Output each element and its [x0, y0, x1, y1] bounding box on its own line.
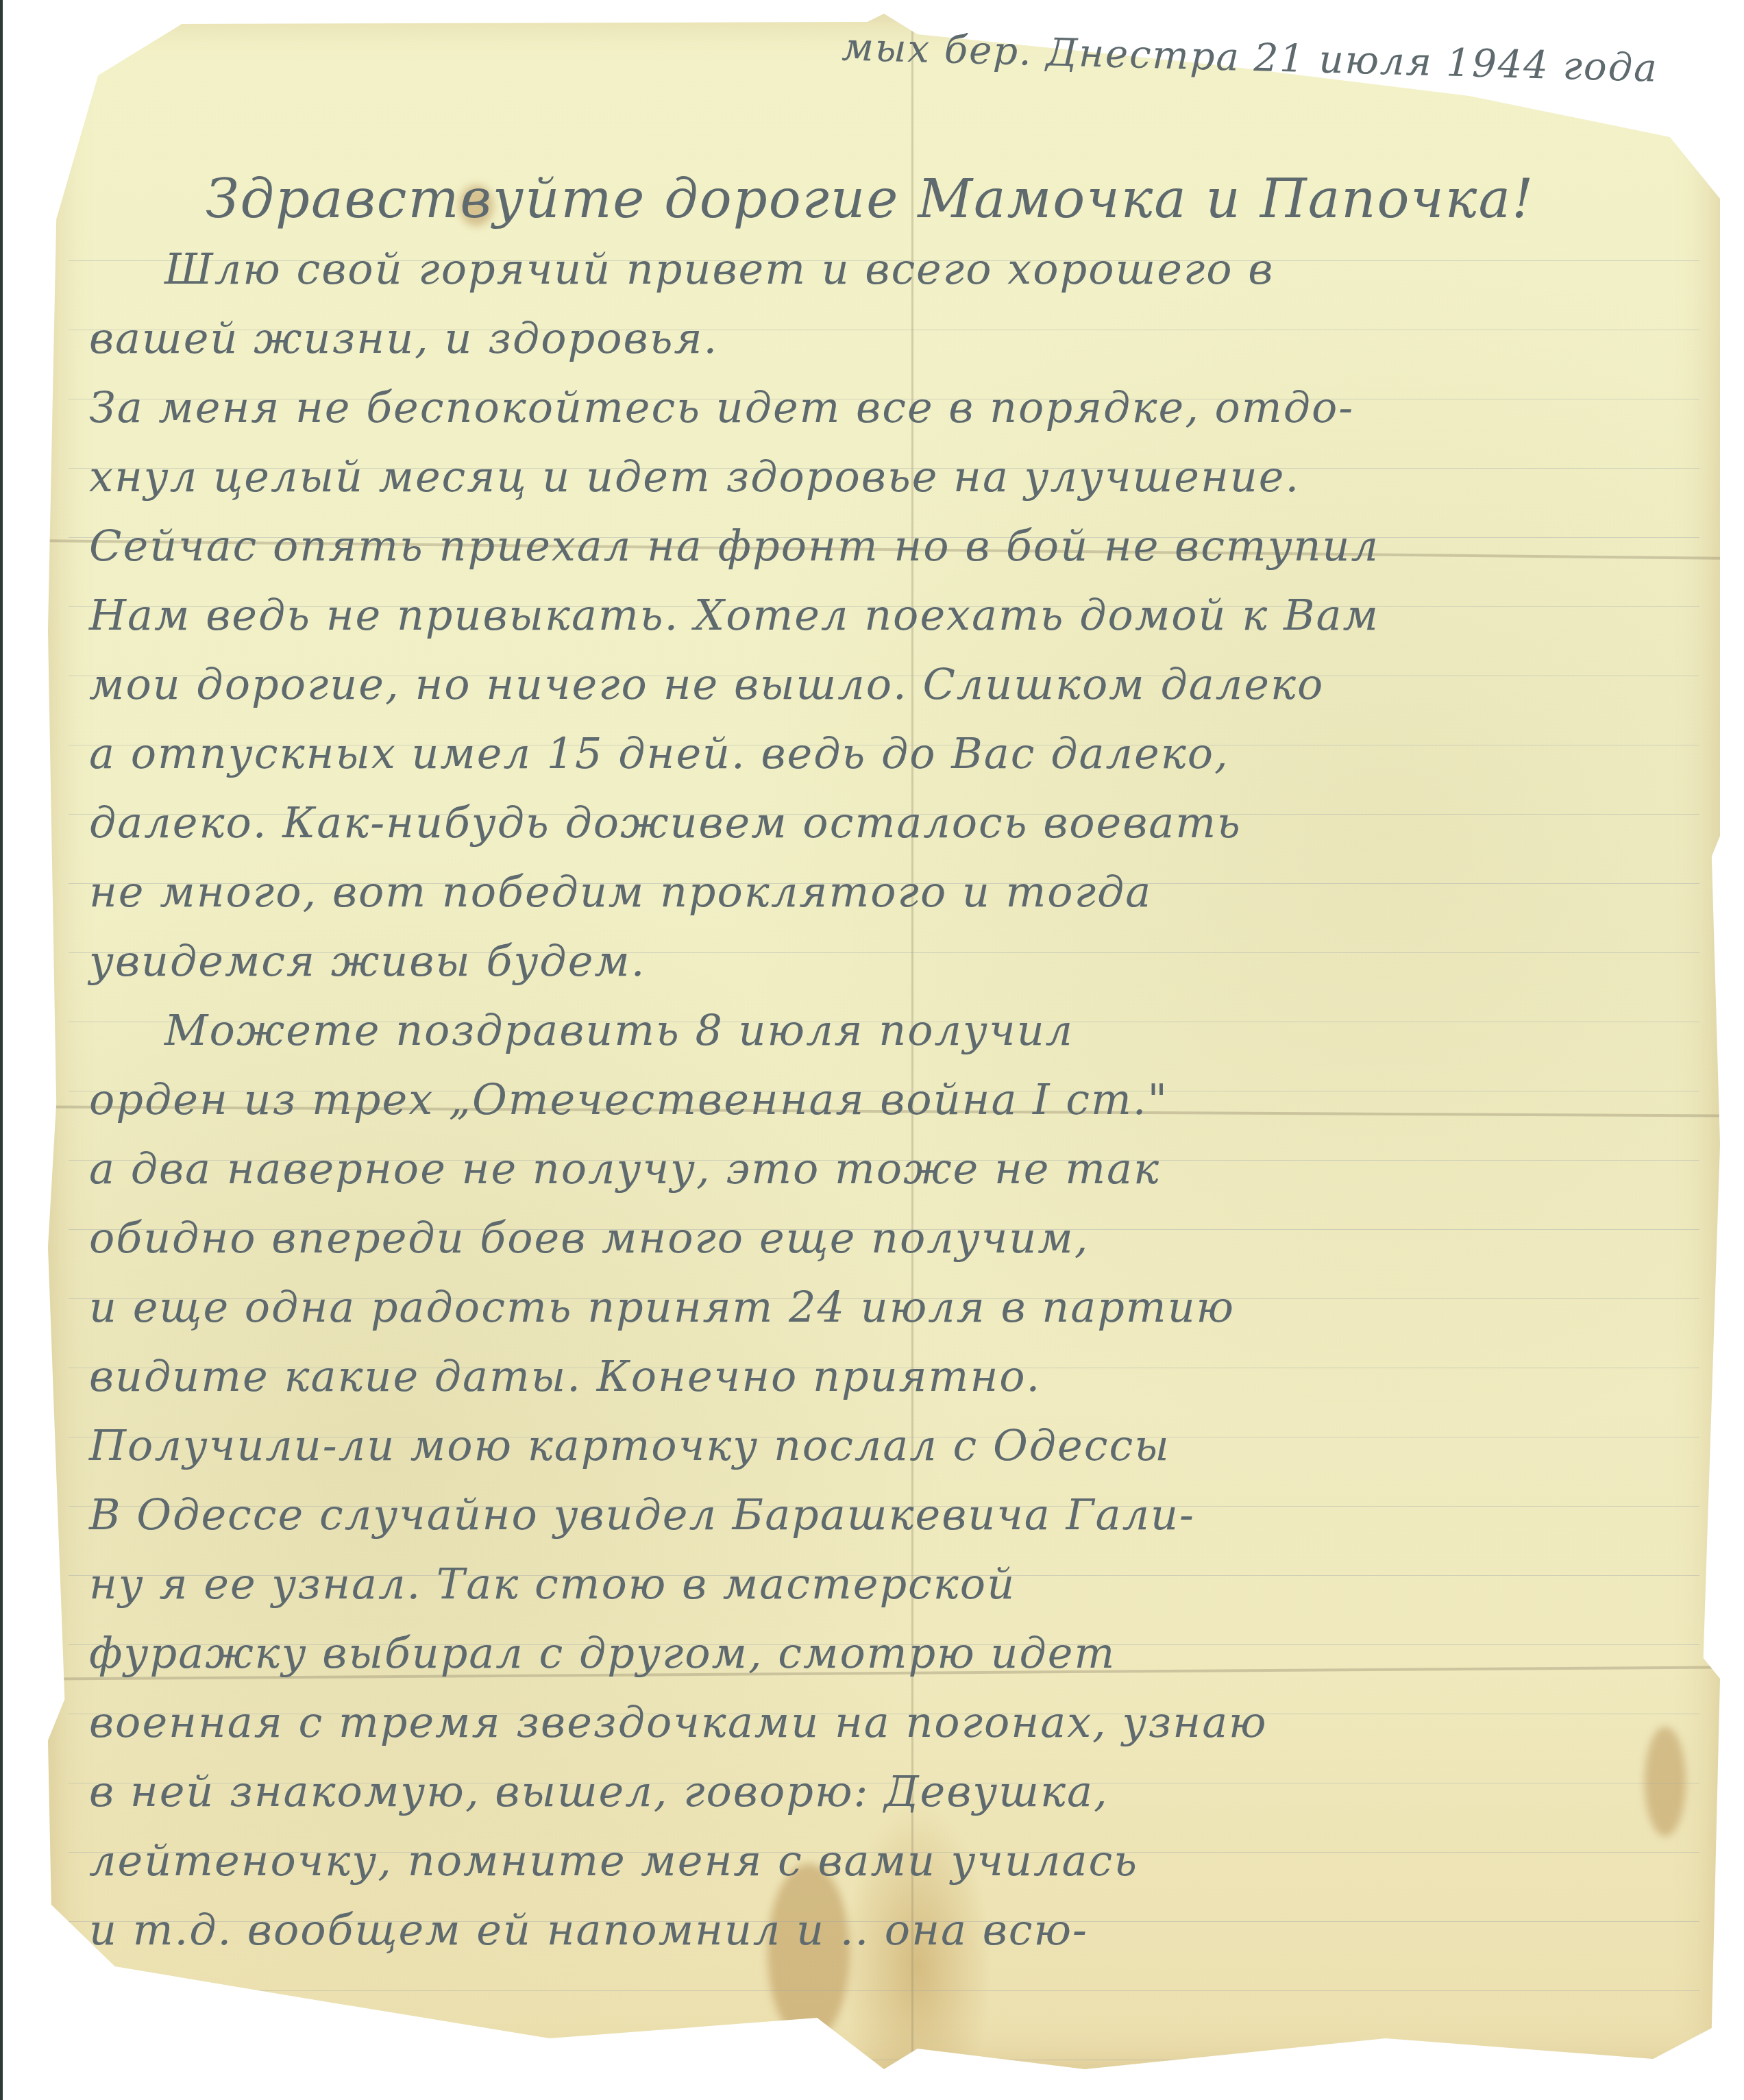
ruled-line	[69, 2060, 1699, 2060]
letter-line: а отпускных имел 15 дней. ведь до Вас да…	[89, 719, 1679, 788]
letter-line: а два наверное не получу, это тоже не та…	[89, 1134, 1679, 1203]
letter-line: вашей жизни, и здоровья.	[89, 304, 1679, 373]
letter-line: лейтеночку, помните меня с вами училась	[89, 1826, 1679, 1895]
greeting: Здравствуйте дорогие Мамочка и Папочка!	[89, 165, 1679, 234]
letter-lines: Шлю свой горячий привет и всего хорошего…	[89, 234, 1679, 1964]
letter-line: увидемся живы будем.	[89, 926, 1679, 996]
scanner-edge	[0, 0, 3, 2100]
letter-line: Нам ведь не привыкать. Хотел поехать дом…	[89, 580, 1679, 650]
letter-line: далеко. Как-нибудь доживем осталось воев…	[89, 788, 1679, 857]
letter-line: в ней знакомую, вышел, говорю: Девушка,	[89, 1757, 1679, 1826]
letter-line: Можете поздравить 8 июля получил	[89, 996, 1679, 1065]
letter-line: Шлю свой горячий привет и всего хорошего…	[89, 234, 1679, 304]
letter-line: орден из трех „Отечественная война I ст.…	[89, 1065, 1679, 1134]
dateline: мых бер. Днестра 21 июля 1944 года	[88, 0, 1680, 103]
letter-body: мых бер. Днестра 21 июля 1944 года Здрав…	[89, 14, 1679, 1964]
letter-line: За меня не беспокойтесь идет все в поряд…	[89, 373, 1679, 442]
letter-line: Получили-ли мою карточку послал с Одессы	[89, 1411, 1679, 1480]
letter-line: хнул целый месяц и идет здоровье на улуч…	[89, 442, 1679, 511]
letter-line: видите какие даты. Конечно приятно.	[89, 1342, 1679, 1411]
letter-line: мои дорогие, но ничего не вышло. Слишком…	[89, 650, 1679, 719]
letter-line: не много, вот победим проклятого и тогда	[89, 857, 1679, 926]
letter-line: Сейчас опять приехал на фронт но в бой н…	[89, 511, 1679, 580]
letter-line: и т.д. вообщем ей напомнил и .. она всю-	[89, 1895, 1679, 1964]
letter-line: обидно впереди боев много еще получим,	[89, 1203, 1679, 1272]
letter-line: и еще одна радость принят 24 июля в парт…	[89, 1272, 1679, 1342]
ruled-line	[69, 1990, 1699, 1991]
letter-line: фуражку выбирал с другом, смотрю идет	[89, 1618, 1679, 1688]
letter-line: ну я ее узнал. Так стою в мастерской	[89, 1549, 1679, 1618]
letter-line: военная с тремя звездочками на погонах, …	[89, 1688, 1679, 1757]
letter-line: В Одессе случайно увидел Барашкевича Гал…	[89, 1480, 1679, 1549]
